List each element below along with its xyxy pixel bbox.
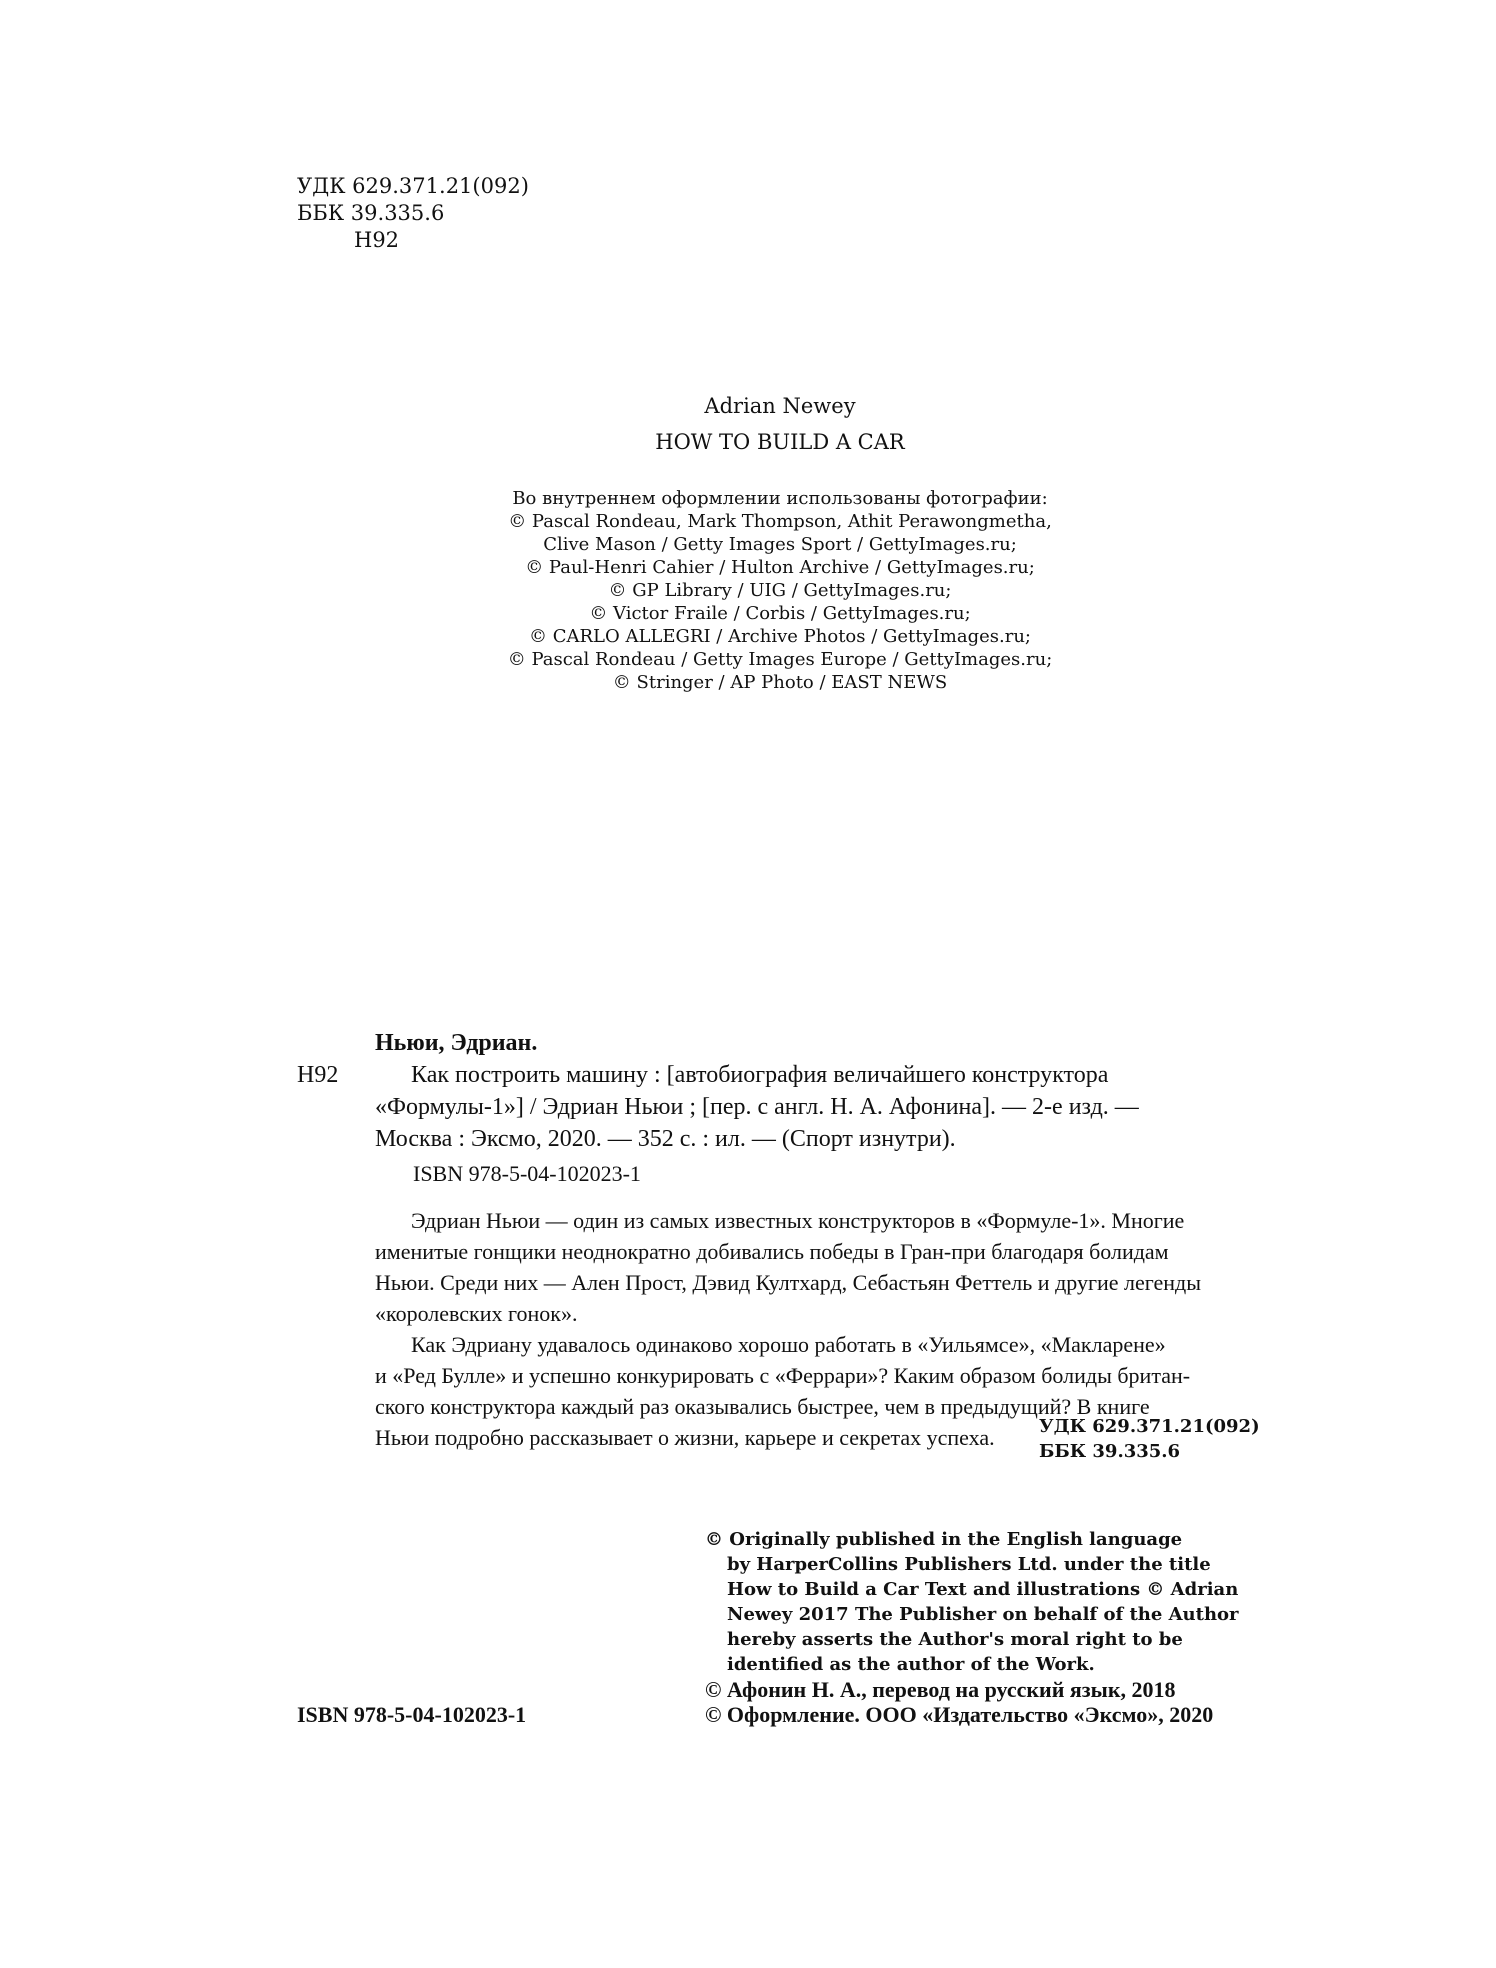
bib-description-line: Как построить машину : [автобиография ве… <box>375 1059 1277 1091</box>
annotation-line: и «Ред Булле» и успешно конкурировать с … <box>375 1360 1275 1391</box>
annotation-line: именитые гонщики неоднократно добивались… <box>375 1236 1275 1267</box>
photo-credit-line: © Stringer / AP Photo / EAST NEWS <box>0 671 1496 694</box>
original-title-block: Adrian Newey HOW TO BUILD A CAR <box>0 388 1496 460</box>
annotation-line: Эдриан Ньюи — один из самых известных ко… <box>375 1205 1275 1236</box>
copyright-line: Newey 2017 The Publisher on behalf of th… <box>705 1602 1239 1627</box>
photo-credit-line: © Paul-Henri Cahier / Hulton Archive / G… <box>0 556 1496 579</box>
photo-credit-line: © GP Library / UIG / GettyImages.ru; <box>0 579 1496 602</box>
photo-credit-line: © CARLO ALLEGRI / Archive Photos / Getty… <box>0 625 1496 648</box>
bbk-code: ББК 39.335.6 <box>297 200 529 227</box>
photo-credit-line: Clive Mason / Getty Images Sport / Getty… <box>0 533 1496 556</box>
classification-codes-bold: УДК 629.371.21(092) ББК 39.335.6 <box>1039 1414 1260 1464</box>
photo-credits: Во внутреннем оформлении использованы фо… <box>0 487 1496 694</box>
annotation-line: «королевских гонок». <box>375 1298 1275 1329</box>
photo-credit-line: © Pascal Rondeau, Mark Thompson, Athit P… <box>0 510 1496 533</box>
udk-code: УДК 629.371.21(092) <box>297 173 529 200</box>
bib-description-row: Н92 Как построить машину : [автобиографи… <box>297 1059 1277 1155</box>
copyright-line: © Originally published in the English la… <box>705 1527 1239 1552</box>
bbk-code-bold: ББК 39.335.6 <box>1039 1439 1260 1464</box>
header-classification-codes: УДК 629.371.21(092) ББК 39.335.6 Н92 <box>297 173 529 254</box>
original-title: HOW TO BUILD A CAR <box>0 424 1496 460</box>
copyright-line: How to Build a Car Text and illustration… <box>705 1577 1239 1602</box>
bib-description: Как построить машину : [автобиография ве… <box>375 1059 1277 1155</box>
photo-credits-intro: Во внутреннем оформлении использованы фо… <box>0 487 1496 510</box>
bib-author-heading: Ньюи, Эдриан. <box>297 1027 1277 1059</box>
photo-credit-line: © Victor Fraile / Corbis / GettyImages.r… <box>0 602 1496 625</box>
copyright-design: © Оформление. ООО «Издательство «Эксмо»,… <box>705 1702 1239 1727</box>
bib-description-line: Москва : Эксмо, 2020. — 352 с. : ил. — (… <box>375 1123 1277 1155</box>
bib-isbn: ISBN 978-5-04-102023-1 <box>413 1161 641 1187</box>
udk-code-bold: УДК 629.371.21(092) <box>1039 1414 1260 1439</box>
copyright-translation: © Афонин Н. А., перевод на русский язык,… <box>705 1677 1239 1702</box>
annotation-line: Как Эдриану удавалось одинаково хорошо р… <box>375 1329 1275 1360</box>
copyright-line: by HarperCollins Publishers Ltd. under t… <box>705 1552 1239 1577</box>
copyright-line: hereby asserts the Author's moral right … <box>705 1627 1239 1652</box>
photo-credit-line: © Pascal Rondeau / Getty Images Europe /… <box>0 648 1496 671</box>
isbn-bottom: ISBN 978-5-04-102023-1 <box>297 1702 526 1728</box>
annotation-line: Ньюи. Среди них — Ален Прост, Дэвид Култ… <box>375 1267 1275 1298</box>
bib-description-line: «Формулы-1»] / Эдриан Ньюи ; [пер. с анг… <box>375 1091 1277 1123</box>
original-author: Adrian Newey <box>0 388 1496 424</box>
author-sign: Н92 <box>297 227 529 254</box>
copyright-line: identified as the author of the Work. <box>705 1652 1239 1677</box>
bib-sign: Н92 <box>297 1059 375 1155</box>
copyright-notice: © Originally published in the English la… <box>705 1527 1239 1727</box>
bibliographic-record: Ньюи, Эдриан. Н92 Как построить машину :… <box>297 1027 1277 1155</box>
